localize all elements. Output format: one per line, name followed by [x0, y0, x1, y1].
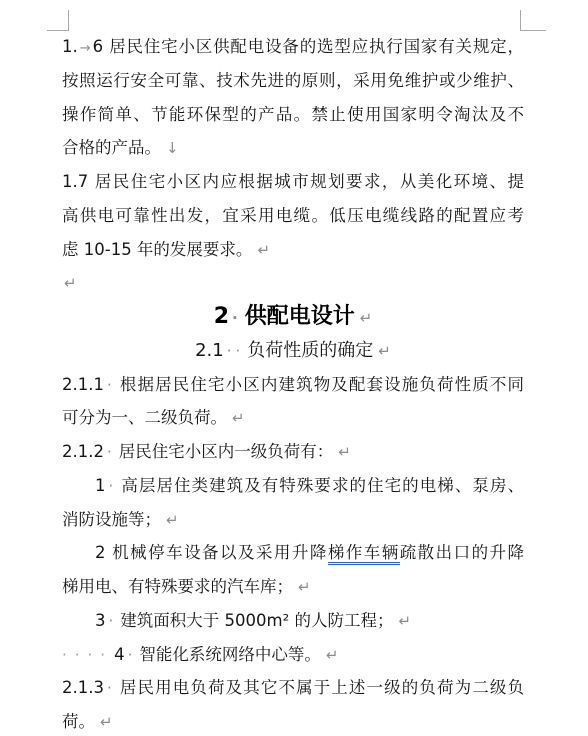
- body-text: 2 机械停车设备以及采用升降: [95, 543, 328, 562]
- document-page: 1.→6 居民住宅小区供配电设备的选型应执行国家有关规定， 按照运行安全可靠、技…: [0, 0, 588, 736]
- body-text: 居民用电负荷及其它不属于上述一级的负荷为二级负: [119, 678, 524, 697]
- list-item-line[interactable]: 3·建筑面积大于 5000m² 的人防工程；↵: [62, 604, 524, 638]
- space-mark: ·: [128, 646, 137, 664]
- text-line[interactable]: 2.1.2·居民住宅小区内一级负荷有：↵: [62, 435, 524, 469]
- body-text: 消防设施等；: [62, 510, 161, 529]
- body-text: 高层居住类建筑及有特殊要求的住宅的电梯、泵房、: [120, 476, 524, 495]
- body-text: 操作简单、节能环保型的产品。禁止使用国家明令淘汰及不: [62, 105, 524, 124]
- body-text: 可分为一、二级负荷。: [62, 408, 227, 427]
- space-mark: ·: [107, 679, 116, 697]
- paragraph-mark: ↵: [232, 409, 245, 427]
- body-text: 智能化系统网络中心等。: [139, 645, 321, 664]
- body-text: 6 居民住宅小区供配电设备的选型应执行国家有关规定，: [93, 37, 524, 56]
- paragraph-mark: ↵: [338, 443, 351, 461]
- paragraph-mark: ↵: [378, 342, 391, 360]
- space-mark: ·: [232, 309, 242, 327]
- text-line[interactable]: 合格的产品。↓: [62, 131, 524, 165]
- list-number: 4: [114, 645, 125, 664]
- paragraph-mark: ↵: [298, 578, 311, 596]
- subsection-heading[interactable]: 2.1··负荷性质的确定↵: [62, 334, 524, 368]
- space-mark: ·: [107, 443, 116, 461]
- text-line[interactable]: 消防设施等；↵: [62, 503, 524, 537]
- list-item-line[interactable]: 2 机械停车设备以及采用升降梯作车辆疏散出口的升降: [62, 536, 524, 570]
- section-heading[interactable]: 2·供配电设计↵: [62, 300, 524, 334]
- text-line[interactable]: 1.7 居民住宅小区内应根据城市规划要求，从美化环境、提: [62, 165, 524, 199]
- body-text: 建筑面积大于 5000m² 的人防工程；: [120, 611, 393, 630]
- tab-mark: →: [80, 41, 91, 56]
- grammar-underline: 梯作车辆: [328, 543, 400, 565]
- text-boundary-corner-right: [520, 10, 546, 31]
- list-number: 1: [95, 476, 106, 495]
- space-mark: ·: [109, 612, 118, 630]
- heading-text: 负荷性质的确定: [247, 340, 373, 361]
- body-text: 居民住宅小区内一级负荷有：: [119, 442, 334, 461]
- body-text: 梯用电、有特殊要求的汽车库；: [62, 577, 293, 596]
- paragraph-mark: ↵: [100, 713, 113, 731]
- space-marks: ····: [62, 646, 113, 664]
- text-line[interactable]: 荷。↵: [62, 705, 524, 736]
- list-number: 1.: [62, 37, 78, 56]
- heading-number: 2: [214, 304, 229, 329]
- list-number: 3: [95, 611, 106, 630]
- text-line[interactable]: 可分为一、二级负荷。↵: [62, 401, 524, 435]
- text-line[interactable]: 虑 10-15 年的发展要求。↵: [62, 233, 524, 267]
- paragraph-mark: ↵: [64, 274, 77, 292]
- body-text: 疏散出口的升降: [400, 543, 524, 562]
- document-text-area[interactable]: 1.→6 居民住宅小区供配电设备的选型应执行国家有关规定， 按照运行安全可靠、技…: [62, 30, 524, 736]
- text-line[interactable]: 2.1.3·居民用电负荷及其它不属于上述一级的负荷为二级负: [62, 671, 524, 705]
- text-boundary-corner-left: [47, 10, 69, 31]
- paragraph-mark: ↵: [398, 612, 411, 630]
- space-mark: ·: [109, 477, 118, 495]
- body-text: 高供电可靠性出发，宜采用电缆。低压电缆线路的配置应考: [62, 206, 524, 225]
- line-break-mark: ↓: [166, 139, 179, 157]
- text-line[interactable]: 操作简单、节能环保型的产品。禁止使用国家明令淘汰及不: [62, 98, 524, 132]
- text-line[interactable]: 2.1.1·根据居民住宅小区内建筑物及配套设施负荷性质不同: [62, 368, 524, 402]
- text-line[interactable]: 梯用电、有特殊要求的汽车库；↵: [62, 570, 524, 604]
- empty-paragraph[interactable]: ↵: [62, 266, 524, 300]
- body-text: 1.7 居民住宅小区内应根据城市规划要求，从美化环境、提: [62, 172, 524, 191]
- clause-number: 2.1.1: [62, 375, 104, 394]
- body-text: 按照运行安全可靠、技术先进的原则，采用免维护或少维护、: [62, 71, 524, 90]
- heading-number: 2.1: [195, 340, 224, 361]
- paragraph-mark: ↵: [166, 511, 179, 529]
- text-line[interactable]: 高供电可靠性出发，宜采用电缆。低压电缆线路的配置应考: [62, 199, 524, 233]
- body-text: 合格的产品。: [62, 138, 161, 157]
- heading-text: 供配电设计: [245, 304, 355, 329]
- list-item-line[interactable]: ····4·智能化系统网络中心等。↵: [62, 638, 524, 672]
- text-line[interactable]: 1.→6 居民住宅小区供配电设备的选型应执行国家有关规定，: [62, 30, 524, 64]
- clause-number: 2.1.2: [62, 442, 104, 461]
- paragraph-mark: ↵: [326, 646, 339, 664]
- text-line[interactable]: 按照运行安全可靠、技术先进的原则，采用免维护或少维护、: [62, 64, 524, 98]
- list-item-line[interactable]: 1·高层居住类建筑及有特殊要求的住宅的电梯、泵房、: [62, 469, 524, 503]
- clause-number: 2.1.3: [62, 678, 104, 697]
- paragraph-mark: ↵: [360, 309, 373, 327]
- space-mark: ·: [107, 376, 116, 394]
- body-text: 荷。: [62, 712, 95, 731]
- space-mark: ··: [227, 342, 245, 360]
- body-text: 虑 10-15 年的发展要求。: [62, 240, 252, 259]
- paragraph-mark: ↵: [257, 241, 270, 259]
- body-text: 根据居民住宅小区内建筑物及配套设施负荷性质不同: [119, 375, 524, 394]
